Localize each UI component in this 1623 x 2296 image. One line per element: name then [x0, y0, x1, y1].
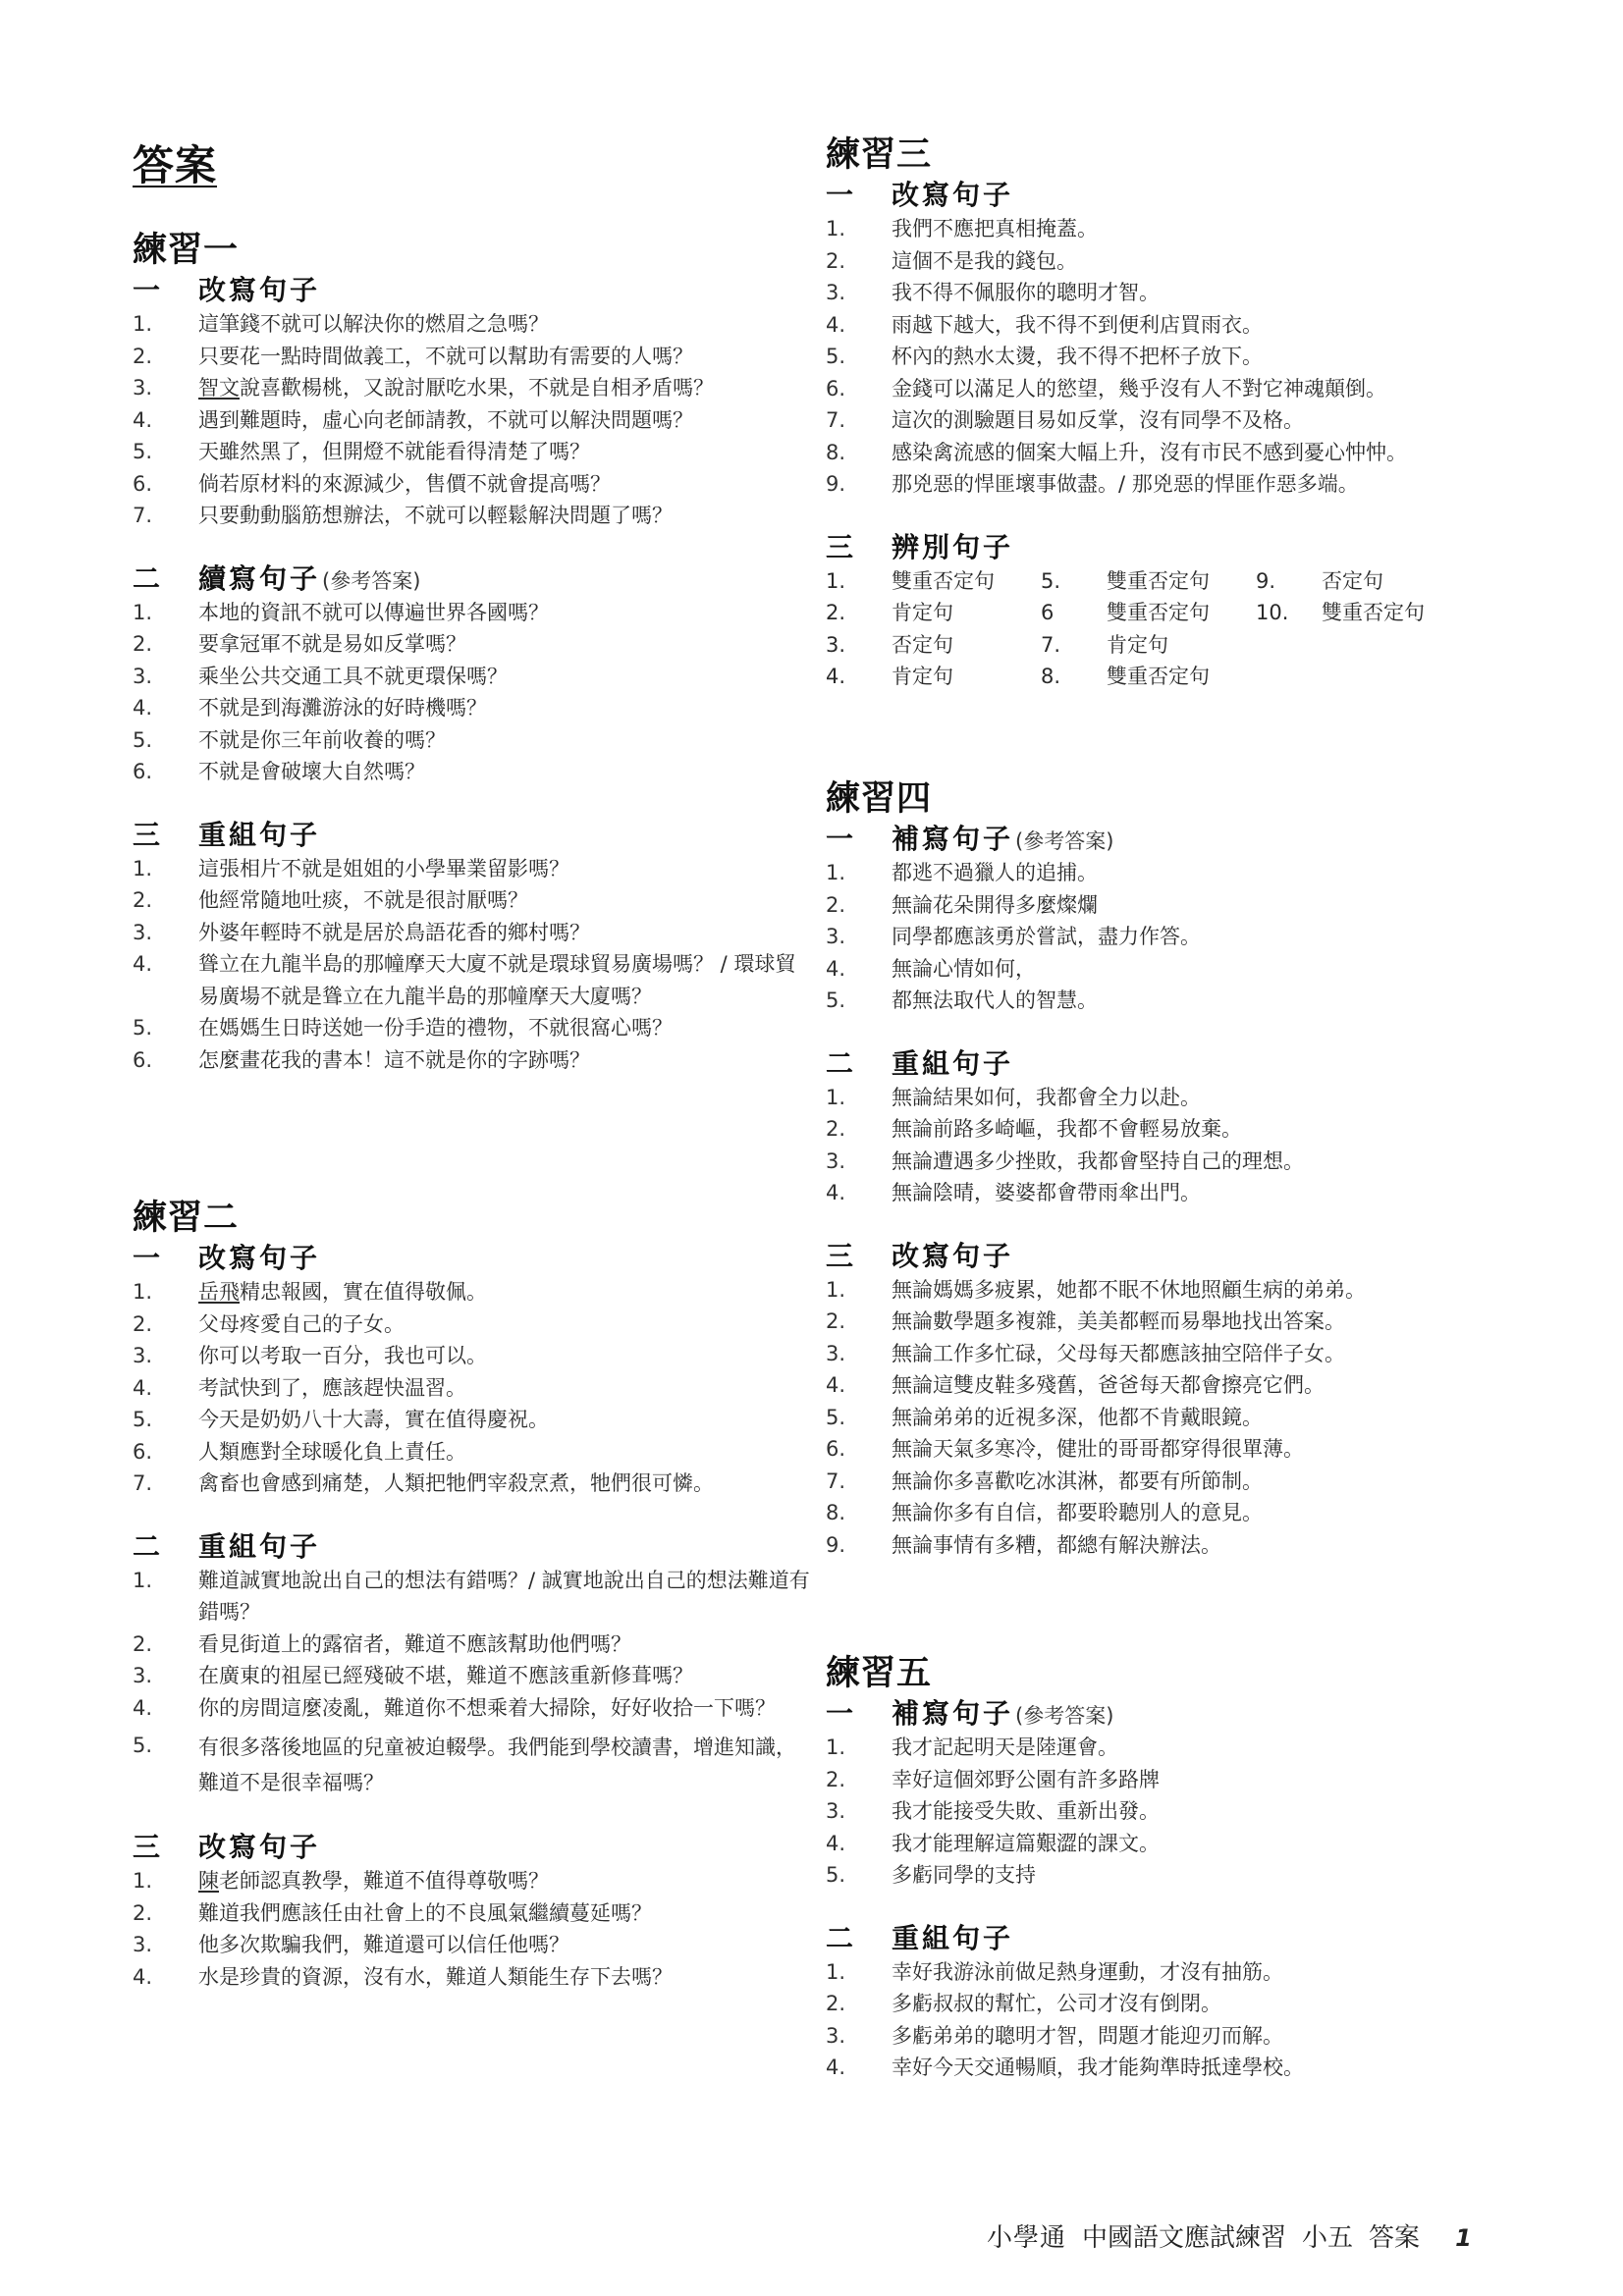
item-text: 無論結果如何，我都會全力以赴。 — [892, 1082, 1513, 1114]
section-heading: 一 改寫句子 — [133, 1241, 810, 1276]
item-number: 4. — [826, 1177, 892, 1209]
item-number: 2. — [826, 889, 892, 922]
answer-item: 3.在廣東的祖屋已經殘破不堪，難道不應該重新修葺嗎？ — [133, 1660, 810, 1692]
answer-item: 4.不就是到海灘游泳的好時機嗎？ — [133, 692, 810, 724]
answer-item: 3.多虧弟弟的聰明才智，問題才能迎刃而解。 — [826, 2020, 1513, 2053]
answer-item: 8.無論你多有自信，都要聆聽別人的意見。 — [826, 1497, 1513, 1529]
item-number: 5. — [133, 1012, 198, 1044]
item-text: 看見街道上的露宿者，難道不應該幫助他們嗎？ — [198, 1629, 810, 1661]
section-label: 改寫句子 — [198, 1241, 320, 1276]
item-text: 我才能理解這篇艱澀的課文。 — [892, 1828, 1513, 1860]
item-text: 幸好我游泳前做足熱身運動，才沒有抽筋。 — [892, 1956, 1513, 1989]
answer-list: 1.無論結果如何，我都會全力以赴。 2.無論前路多崎嶇，我都不會輕易放棄。 3.… — [826, 1082, 1513, 1209]
section-1-1: 一 改寫句子 1.這筆錢不就可以解決你的燃眉之急嗎？ 2.只要花一點時間做義工，… — [133, 273, 810, 532]
answer-item: 5.都無法取代人的智慧。 — [826, 985, 1513, 1017]
item-text: 怎麼畫花我的書本！這不就是你的字跡嗎？ — [198, 1044, 810, 1077]
section-label: 重組句子 — [198, 1529, 320, 1565]
item-text: 無論陰晴，婆婆都會帶雨傘出門。 — [892, 1177, 1513, 1209]
answer-item: 1.都逃不過獵人的追捕。 — [826, 857, 1513, 889]
section-heading: 二 重組句子 — [826, 1921, 1513, 1956]
answer-item: 2.只要花一點時間做義工，不就可以幫助有需要的人嗎？ — [133, 341, 810, 373]
section-label: 辨別句子 — [892, 530, 1013, 565]
item-text-rest: 說喜歡楊桃，又說討厭吃水果，不就是自相矛盾嗎？ — [240, 376, 714, 400]
item-number: 9. — [826, 1529, 892, 1562]
section-label: 補寫句子 — [892, 822, 1013, 857]
section-label: 答案 — [1369, 2218, 1420, 2258]
grid-answer — [1322, 629, 1479, 662]
answer-list: 1.陳老師認真教學，難道不值得尊敬嗎？ 2.難道我們應該任由社會上的不良風氣繼續… — [133, 1865, 810, 1993]
item-number: 4. — [133, 948, 198, 1012]
item-text: 難道我們應該任由社會上的不良風氣繼續蔓延嗎？ — [198, 1897, 810, 1930]
grid-answer: 雙重否定句 — [892, 565, 1041, 598]
grid-answer: 肯定句 — [892, 661, 1041, 693]
item-text: 這張相片不就是姐姐的小學畢業留影嗎？ — [198, 853, 810, 885]
item-text: 只要動動腦筋想辦法，不就可以輕鬆解決問題了嗎？ — [198, 500, 810, 532]
section-label: 重組句子 — [892, 1046, 1013, 1082]
answer-item: 2.他經常隨地吐痰，不就是很討厭嗎？ — [133, 884, 810, 917]
answer-list: 1.我才記起明天是陸運會。 2.幸好這個郊野公園有許多路牌 3.我才能接受失敗、… — [826, 1732, 1513, 1892]
item-number: 1. — [826, 1082, 892, 1114]
item-text: 這個不是我的錢包。 — [892, 245, 1513, 278]
item-text: 同學都應該勇於嘗試，盡力作答。 — [892, 921, 1513, 953]
item-number: 5. — [133, 1404, 198, 1436]
item-text: 我才記起明天是陸運會。 — [892, 1732, 1513, 1764]
grid-answer — [1322, 661, 1479, 693]
answer-item: 4.無論陰晴，婆婆都會帶雨傘出門。 — [826, 1177, 1513, 1209]
proper-noun: 智文 — [198, 376, 240, 400]
section-label: 重組句子 — [892, 1921, 1013, 1956]
item-text: 天雖然黑了，但開燈不就能看得清楚了嗎？ — [198, 436, 810, 468]
answer-item: 7.只要動動腦筋想辦法，不就可以輕鬆解決問題了嗎？ — [133, 500, 810, 532]
answer-item: 5.多虧同學的支持 — [826, 1859, 1513, 1892]
item-text: 在媽媽生日時送她一份手造的禮物，不就很窩心嗎？ — [198, 1012, 810, 1044]
answer-item: 2.要拿冠軍不就是易如反掌嗎？ — [133, 628, 810, 661]
section-3-1: 一 改寫句子 1.我們不應把真相掩蓋。 2.這個不是我的錢包。 3.我不得不佩服… — [826, 178, 1513, 501]
section-heading: 三 改寫句子 — [826, 1239, 1513, 1274]
item-number: 2. — [826, 245, 892, 278]
answer-item: 1.岳飛精忠報國，實在值得敬佩。 — [133, 1276, 810, 1308]
answer-item: 7.禽畜也會感到痛楚，人類把牠們宰殺烹煮，牠們很可憐。 — [133, 1468, 810, 1500]
item-text: 倘若原材料的來源減少，售價不就會提高嗎？ — [198, 468, 810, 501]
item-number: 3. — [133, 372, 198, 404]
item-number: 1. — [826, 857, 892, 889]
answer-list: 1.這筆錢不就可以解決你的燃眉之急嗎？ 2.只要花一點時間做義工，不就可以幫助有… — [133, 308, 810, 532]
section-number: 一 — [826, 178, 892, 213]
exercise-3: 練習三 一 改寫句子 1.我們不應把真相掩蓋。 2.這個不是我的錢包。 3.我不… — [826, 133, 1513, 693]
item-text: 多虧叔叔的幫忙，公司才沒有倒閉。 — [892, 1988, 1513, 2020]
item-text: 智文說喜歡楊桃，又說討厭吃水果，不就是自相矛盾嗎？ — [198, 372, 810, 404]
answer-item: 6.不就是會破壞大自然嗎？ — [133, 756, 810, 788]
answer-item: 2.無論前路多崎嶇，我都不會輕易放棄。 — [826, 1113, 1513, 1146]
answer-item: 4.遇到難題時，虛心向老師請教，不就可以解決問題嗎？ — [133, 404, 810, 437]
exercise-5: 練習五 一 補寫句子 (參考答案) 1.我才記起明天是陸運會。 2.幸好這個郊野… — [826, 1651, 1513, 2084]
answer-item: 1.無論媽媽多疲累，她都不眠不休地照顧生病的弟弟。 — [826, 1274, 1513, 1307]
item-number: 3. — [826, 921, 892, 953]
answer-item: 1.這張相片不就是姐姐的小學畢業留影嗎？ — [133, 853, 810, 885]
grid-number: 7. — [1041, 629, 1107, 662]
answer-list: 1.無論媽媽多疲累，她都不眠不休地照顧生病的弟弟。 2.無論數學題多複雜，美美都… — [826, 1274, 1513, 1562]
item-number: 1. — [133, 597, 198, 629]
item-number: 6. — [826, 1433, 892, 1466]
item-text: 不就是你三年前收養的嗎？ — [198, 724, 810, 757]
section-1-2: 二 續寫句子 (參考答案) 1.本地的資訊不就可以傳遍世界各國嗎？ 2.要拿冠軍… — [133, 561, 810, 788]
item-number: 3. — [826, 1338, 892, 1370]
item-number: 1. — [826, 1274, 892, 1307]
item-number: 4. — [133, 1372, 198, 1405]
item-text: 你可以考取一百分，我也可以。 — [198, 1340, 810, 1372]
page-title: 答案 — [133, 133, 217, 192]
exercise-title: 練習四 — [826, 776, 1513, 822]
item-text: 無論你多喜歡吃冰淇淋，都要有所節制。 — [892, 1466, 1513, 1498]
item-number: 3. — [826, 1146, 892, 1178]
answer-item: 4.無論心情如何， — [826, 953, 1513, 986]
answer-item: 4.考試快到了，應該趕快温習。 — [133, 1372, 810, 1405]
item-text: 這次的測驗題目易如反掌，沒有同學不及格。 — [892, 404, 1513, 437]
section-number: 二 — [826, 1921, 892, 1956]
answer-item: 3.外婆年輕時不就是居於鳥語花香的鄉村嗎？ — [133, 917, 810, 949]
section-heading: 一 改寫句子 — [133, 273, 810, 308]
answer-list: 1.本地的資訊不就可以傳遍世界各國嗎？ 2.要拿冠軍不就是易如反掌嗎？ 3.乘坐… — [133, 597, 810, 788]
brand-logo: 小學通 — [987, 2218, 1066, 2258]
item-number: 5. — [826, 985, 892, 1017]
answer-item: 7.這次的測驗題目易如反掌，沒有同學不及格。 — [826, 404, 1513, 437]
item-text: 本地的資訊不就可以傳遍世界各國嗎？ — [198, 597, 810, 629]
answer-item: 4.你的房間這麼凌亂，難道你不想乘着大掃除，好好收拾一下嗎？ — [133, 1692, 810, 1725]
item-number: 4. — [133, 404, 198, 437]
grid-answer: 雙重否定句 — [1322, 597, 1479, 629]
grid-answer: 肯定句 — [892, 597, 1041, 629]
item-text: 陳老師認真教學，難道不值得尊敬嗎？ — [198, 1865, 810, 1897]
section-label: 改寫句子 — [892, 178, 1013, 213]
section-number: 一 — [826, 1696, 892, 1732]
section-heading: 一 改寫句子 — [826, 178, 1513, 213]
item-text: 無論遭遇多少挫敗，我都會堅持自己的理想。 — [892, 1146, 1513, 1178]
item-number: 3. — [133, 661, 198, 693]
item-number: 1. — [826, 213, 892, 245]
item-text: 多虧弟弟的聰明才智，問題才能迎刃而解。 — [892, 2020, 1513, 2053]
item-number: 1. — [133, 853, 198, 885]
answer-item: 6.怎麼畫花我的書本！這不就是你的字跡嗎？ — [133, 1044, 810, 1077]
item-text: 水是珍貴的資源，沒有水，難道人類能生存下去嗎？ — [198, 1961, 810, 1994]
item-text: 乘坐公共交通工具不就更環保嗎？ — [198, 661, 810, 693]
section-label: 改寫句子 — [198, 273, 320, 308]
answer-item: 1.陳老師認真教學，難道不值得尊敬嗎？ — [133, 1865, 810, 1897]
section-heading: 二 重組句子 — [826, 1046, 1513, 1082]
section-2-3: 三 改寫句子 1.陳老師認真教學，難道不值得尊敬嗎？ 2.難道我們應該任由社會上… — [133, 1830, 810, 1993]
grid-answer: 雙重否定句 — [1107, 565, 1256, 598]
answer-item: 3.我才能接受失敗、重新出發。 — [826, 1795, 1513, 1828]
item-text: 今天是奶奶八十大壽，實在值得慶祝。 — [198, 1404, 810, 1436]
section-number: 三 — [826, 1239, 892, 1274]
section-label: 改寫句子 — [892, 1239, 1013, 1274]
answer-item: 4.水是珍貴的資源，沒有水，難道人類能生存下去嗎？ — [133, 1961, 810, 1994]
answer-item: 4.雨越下越大，我不得不到便利店買雨衣。 — [826, 309, 1513, 342]
item-text: 在廣東的祖屋已經殘破不堪，難道不應該重新修葺嗎？ — [198, 1660, 810, 1692]
section-note: (參考答案) — [1015, 1698, 1113, 1734]
answer-item: 2.這個不是我的錢包。 — [826, 245, 1513, 278]
exercise-title: 練習三 — [826, 133, 1513, 178]
grid-number: 4. — [826, 661, 892, 693]
answer-item: 5.無論弟弟的近視多深，他都不肯戴眼鏡。 — [826, 1402, 1513, 1434]
section-label: 重組句子 — [198, 818, 320, 853]
book-title: 中國語文應試練習 — [1082, 2218, 1286, 2258]
answer-item: 5.在媽媽生日時送她一份手造的禮物，不就很窩心嗎？ — [133, 1012, 810, 1044]
grid-number: 3. — [826, 629, 892, 662]
section-number: 三 — [826, 530, 892, 565]
section-number: 二 — [133, 1529, 198, 1565]
item-number: 5. — [826, 1859, 892, 1892]
section-number: 一 — [133, 273, 198, 308]
answer-item: 2.幸好這個郊野公園有許多路牌 — [826, 1764, 1513, 1796]
answer-item: 1.幸好我游泳前做足熱身運動，才沒有抽筋。 — [826, 1956, 1513, 1989]
item-number: 3. — [133, 917, 198, 949]
item-text: 難道誠實地說出自己的想法有錯嗎？/ 誠實地說出自己的想法難道有錯嗎？ — [198, 1565, 810, 1629]
answer-item: 3.無論工作多忙碌，父母每天都應該抽空陪伴子女。 — [826, 1338, 1513, 1370]
item-number: 5. — [133, 724, 198, 757]
item-text: 雨越下越大，我不得不到便利店買雨衣。 — [892, 309, 1513, 342]
answer-item: 3.同學都應該勇於嘗試，盡力作答。 — [826, 921, 1513, 953]
item-number: 1. — [133, 1276, 198, 1308]
item-text: 外婆年輕時不就是居於鳥語花香的鄉村嗎？ — [198, 917, 810, 949]
grid-answer: 雙重否定句 — [1107, 597, 1256, 629]
item-number: 4. — [133, 692, 198, 724]
item-text: 無論天氣多寒冷，健壯的哥哥都穿得很單薄。 — [892, 1433, 1513, 1466]
item-number: 2. — [826, 1988, 892, 2020]
answer-item: 5.杯內的熱水太燙，我不得不把杯子放下。 — [826, 341, 1513, 373]
item-number: 5. — [826, 341, 892, 373]
item-number: 4. — [826, 2052, 892, 2084]
item-text: 多虧同學的支持 — [892, 1859, 1513, 1892]
item-number: 4. — [133, 1961, 198, 1994]
item-text: 考試快到了，應該趕快温習。 — [198, 1372, 810, 1405]
item-number: 7. — [133, 1468, 198, 1500]
item-text: 金錢可以滿足人的慾望，幾乎沒有人不對它神魂顛倒。 — [892, 373, 1513, 405]
answer-item: 5.有很多落後地區的兒童被迫輟學。我們能到學校讀書，增進知識，難道不是很幸福嗎？ — [133, 1730, 810, 1800]
grid-answer: 雙重否定句 — [1107, 661, 1256, 693]
exercise-2: 練習二 一 改寫句子 1.岳飛精忠報國，實在值得敬佩。 2.父母疼愛自己的子女。… — [133, 1196, 810, 1993]
item-number: 2. — [133, 884, 198, 917]
item-text: 無論事情有多糟，都總有解決辦法。 — [892, 1529, 1513, 1562]
item-number: 1. — [826, 1732, 892, 1764]
section-label: 改寫句子 — [198, 1830, 320, 1865]
exercise-4: 練習四 一 補寫句子 (參考答案) 1.都逃不過獵人的追捕。 2.無論花朵開得多… — [826, 776, 1513, 1561]
item-number: 4. — [133, 1692, 198, 1725]
answer-item: 2.無論花朵開得多麼燦爛 — [826, 889, 1513, 922]
answer-list: 1.我們不應把真相掩蓋。 2.這個不是我的錢包。 3.我不得不佩服你的聰明才智。… — [826, 213, 1513, 501]
answer-item: 1.難道誠實地說出自己的想法有錯嗎？/ 誠實地說出自己的想法難道有錯嗎？ — [133, 1565, 810, 1629]
item-number: 1. — [133, 1865, 198, 1897]
item-number: 2. — [826, 1764, 892, 1796]
item-text: 我才能接受失敗、重新出發。 — [892, 1795, 1513, 1828]
answer-item: 3.他多次欺騙我們，難道還可以信任他嗎？ — [133, 1929, 810, 1961]
item-text: 父母疼愛自己的子女。 — [198, 1308, 810, 1341]
grid-answer: 否定句 — [1322, 565, 1479, 598]
item-number: 4. — [826, 1369, 892, 1402]
item-number: 7. — [826, 1466, 892, 1498]
answer-item: 5.今天是奶奶八十大壽，實在值得慶祝。 — [133, 1404, 810, 1436]
section-heading: 二 重組句子 — [133, 1529, 810, 1565]
item-text: 無論弟弟的近視多深，他都不肯戴眼鏡。 — [892, 1402, 1513, 1434]
item-number: 4. — [826, 1828, 892, 1860]
answer-item: 5.不就是你三年前收養的嗎？ — [133, 724, 810, 757]
item-number: 2. — [826, 1113, 892, 1146]
item-text: 無論媽媽多疲累，她都不眠不休地照顧生病的弟弟。 — [892, 1274, 1513, 1307]
exercise-1: 練習一 一 改寫句子 1.這筆錢不就可以解決你的燃眉之急嗎？ 2.只要花一點時間… — [133, 228, 810, 1076]
item-text: 要拿冠軍不就是易如反掌嗎？ — [198, 628, 810, 661]
item-text: 杯內的熱水太燙，我不得不把杯子放下。 — [892, 341, 1513, 373]
grid-number: 5. — [1041, 565, 1107, 598]
section-5-2: 二 重組句子 1.幸好我游泳前做足熱身運動，才沒有抽筋。 2.多虧叔叔的幫忙，公… — [826, 1921, 1513, 2084]
item-number: 2. — [133, 1629, 198, 1661]
item-number: 2. — [826, 1306, 892, 1338]
grade-label: 小五 — [1302, 2218, 1353, 2258]
item-number: 7. — [133, 500, 198, 532]
grid-number: 2. — [826, 597, 892, 629]
item-text: 聳立在九龍半島的那幢摩天大廈不就是環球貿易廣場嗎？ / 環球貿易廣場不就是聳立在… — [198, 948, 810, 1012]
item-number: 2. — [133, 628, 198, 661]
item-number: 7. — [826, 404, 892, 437]
item-text: 無論心情如何， — [892, 953, 1513, 986]
section-heading: 三 辨別句子 — [826, 530, 1513, 565]
page-footer: 小學通 中國語文應試練習 小五 答案 1 — [987, 2218, 1472, 2258]
item-text: 禽畜也會感到痛楚，人類把牠們宰殺烹煮，牠們很可憐。 — [198, 1468, 810, 1500]
grid-number: 8. — [1041, 661, 1107, 693]
item-text: 人類應對全球暖化負上責任。 — [198, 1436, 810, 1468]
section-1-3: 三 重組句子 1.這張相片不就是姐姐的小學畢業留影嗎？ 2.他經常隨地吐痰，不就… — [133, 818, 810, 1077]
item-number: 3. — [826, 2020, 892, 2053]
item-text: 不就是到海灘游泳的好時機嗎？ — [198, 692, 810, 724]
item-number: 1. — [133, 1565, 198, 1629]
item-text-rest: 精忠報國，實在值得敬佩。 — [240, 1280, 487, 1304]
answer-item: 1.這筆錢不就可以解決你的燃眉之急嗎？ — [133, 308, 810, 341]
section-3-3: 三 辨別句子 1.雙重否定句 5.雙重否定句 9.否定句 2.肯定句 6雙重否定… — [826, 530, 1513, 693]
item-text: 都逃不過獵人的追捕。 — [892, 857, 1513, 889]
section-label: 補寫句子 — [892, 1696, 1013, 1732]
item-number: 6. — [133, 756, 198, 788]
answer-item: 7.無論你多喜歡吃冰淇淋，都要有所節制。 — [826, 1466, 1513, 1498]
item-text: 他多次欺騙我們，難道還可以信任他嗎？ — [198, 1929, 810, 1961]
grid-number — [1256, 661, 1322, 693]
section-4-2: 二 重組句子 1.無論結果如何，我都會全力以赴。 2.無論前路多崎嶇，我都不會輕… — [826, 1046, 1513, 1209]
item-number: 2. — [133, 1897, 198, 1930]
item-text: 無論這雙皮鞋多殘舊，爸爸每天都會擦亮它們。 — [892, 1369, 1513, 1402]
item-text: 無論花朵開得多麼燦爛 — [892, 889, 1513, 922]
item-number: 3. — [826, 1795, 892, 1828]
item-text: 他經常隨地吐痰，不就是很討厭嗎？ — [198, 884, 810, 917]
section-2-1: 一 改寫句子 1.岳飛精忠報國，實在值得敬佩。 2.父母疼愛自己的子女。 3.你… — [133, 1241, 810, 1500]
item-number: 6. — [826, 373, 892, 405]
grid-answer: 否定句 — [892, 629, 1041, 662]
section-heading: 一 補寫句子 (參考答案) — [826, 1696, 1513, 1732]
answer-item: 6.人類應對全球暖化負上責任。 — [133, 1436, 810, 1468]
answer-item: 9.那兇惡的悍匪壞事做盡。/ 那兇惡的悍匪作惡多端。 — [826, 468, 1513, 501]
section-heading: 三 改寫句子 — [133, 1830, 810, 1865]
answer-item: 3.智文說喜歡楊桃，又說討厭吃水果，不就是自相矛盾嗎？ — [133, 372, 810, 404]
grid-number: 1. — [826, 565, 892, 598]
grid-number: 9. — [1256, 565, 1322, 598]
item-text: 無論你多有自信，都要聆聽別人的意見。 — [892, 1497, 1513, 1529]
item-number: 8. — [826, 1497, 892, 1529]
item-number: 3. — [133, 1340, 198, 1372]
answer-item: 6.無論天氣多寒冷，健壯的哥哥都穿得很單薄。 — [826, 1433, 1513, 1466]
section-label: 續寫句子 — [198, 561, 320, 597]
section-number: 一 — [826, 822, 892, 857]
item-number: 1. — [133, 308, 198, 341]
item-number: 8. — [826, 437, 892, 469]
item-text-rest: 老師認真教學，難道不值得尊敬嗎？ — [219, 1869, 549, 1893]
answer-item: 2.多虧叔叔的幫忙，公司才沒有倒閉。 — [826, 1988, 1513, 2020]
section-4-3: 三 改寫句子 1.無論媽媽多疲累，她都不眠不休地照顧生病的弟弟。 2.無論數學題… — [826, 1239, 1513, 1562]
answer-item: 3.我不得不佩服你的聰明才智。 — [826, 277, 1513, 309]
answer-list: 1.岳飛精忠報國，實在值得敬佩。 2.父母疼愛自己的子女。 3.你可以考取一百分… — [133, 1276, 810, 1500]
item-text: 都無法取代人的智慧。 — [892, 985, 1513, 1017]
answer-item: 1.無論結果如何，我都會全力以赴。 — [826, 1082, 1513, 1114]
exercise-title: 練習二 — [133, 1196, 810, 1241]
item-text: 幸好這個郊野公園有許多路牌 — [892, 1764, 1513, 1796]
answer-item: 2.難道我們應該任由社會上的不良風氣繼續蔓延嗎？ — [133, 1897, 810, 1930]
item-text: 那兇惡的悍匪壞事做盡。/ 那兇惡的悍匪作惡多端。 — [892, 468, 1513, 501]
answer-item: 6.倘若原材料的來源減少，售價不就會提高嗎？ — [133, 468, 810, 501]
section-number: 二 — [826, 1046, 892, 1082]
item-number: 6. — [133, 468, 198, 501]
section-number: 一 — [133, 1241, 198, 1276]
answer-item: 1.我才記起明天是陸運會。 — [826, 1732, 1513, 1764]
answer-item: 3.乘坐公共交通工具不就更環保嗎？ — [133, 661, 810, 693]
answer-item: 3.你可以考取一百分，我也可以。 — [133, 1340, 810, 1372]
item-text: 遇到難題時，虛心向老師請教，不就可以解決問題嗎？ — [198, 404, 810, 437]
section-note: (參考答案) — [322, 563, 420, 599]
item-text: 無論前路多崎嶇，我都不會輕易放棄。 — [892, 1113, 1513, 1146]
item-number: 3. — [133, 1929, 198, 1961]
section-number: 二 — [133, 561, 198, 597]
proper-noun: 陳 — [198, 1869, 219, 1893]
section-5-1: 一 補寫句子 (參考答案) 1.我才記起明天是陸運會。 2.幸好這個郊野公園有許… — [826, 1696, 1513, 1892]
item-text: 有很多落後地區的兒童被迫輟學。我們能到學校讀書，增進知識，難道不是很幸福嗎？ — [198, 1730, 810, 1800]
item-number: 4. — [826, 953, 892, 986]
answer-item: 3.無論遭遇多少挫敗，我都會堅持自己的理想。 — [826, 1146, 1513, 1178]
item-text: 不就是會破壞大自然嗎？ — [198, 756, 810, 788]
answer-item: 5.天雖然黑了，但開燈不就能看得清楚了嗎？ — [133, 436, 810, 468]
section-2-2: 二 重組句子 1.難道誠實地說出自己的想法有錯嗎？/ 誠實地說出自己的想法難道有… — [133, 1529, 810, 1801]
section-heading: 三 重組句子 — [133, 818, 810, 853]
answer-item: 2.看見街道上的露宿者，難道不應該幫助他們嗎？ — [133, 1629, 810, 1661]
item-text: 感染禽流感的個案大幅上升，沒有市民不感到憂心忡忡。 — [892, 437, 1513, 469]
sentence-type-grid: 1.雙重否定句 5.雙重否定句 9.否定句 2.肯定句 6雙重否定句 10.雙重… — [826, 565, 1513, 693]
answer-item: 4.無論這雙皮鞋多殘舊，爸爸每天都會擦亮它們。 — [826, 1369, 1513, 1402]
answer-item: 6.金錢可以滿足人的慾望，幾乎沒有人不對它神魂顛倒。 — [826, 373, 1513, 405]
answer-item: 1.本地的資訊不就可以傳遍世界各國嗎？ — [133, 597, 810, 629]
grid-number — [1256, 629, 1322, 662]
item-number: 5. — [133, 436, 198, 468]
answer-item: 4.聳立在九龍半島的那幢摩天大廈不就是環球貿易廣場嗎？ / 環球貿易廣場不就是聳… — [133, 948, 810, 1012]
item-text: 岳飛精忠報國，實在值得敬佩。 — [198, 1276, 810, 1308]
exercise-title: 練習一 — [133, 228, 810, 273]
item-text: 幸好今天交通暢順，我才能夠準時抵達學校。 — [892, 2052, 1513, 2084]
grid-answer: 肯定句 — [1107, 629, 1256, 662]
item-text: 你的房間這麼凌亂，難道你不想乘着大掃除，好好收拾一下嗎？ — [198, 1692, 810, 1725]
answer-item: 2.無論數學題多複雜，美美都輕而易舉地找出答案。 — [826, 1306, 1513, 1338]
item-text: 我們不應把真相掩蓋。 — [892, 213, 1513, 245]
item-text: 無論工作多忙碌，父母每天都應該抽空陪伴子女。 — [892, 1338, 1513, 1370]
item-number: 6. — [133, 1044, 198, 1077]
answer-item: 4.我才能理解這篇艱澀的課文。 — [826, 1828, 1513, 1860]
grid-number: 6 — [1041, 597, 1107, 629]
answer-item: 9.無論事情有多糟，都總有解決辦法。 — [826, 1529, 1513, 1562]
item-number: 3. — [826, 277, 892, 309]
answer-list: 1.都逃不過獵人的追捕。 2.無論花朵開得多麼燦爛 3.同學都應該勇於嘗試，盡力… — [826, 857, 1513, 1017]
item-text: 只要花一點時間做義工，不就可以幫助有需要的人嗎？ — [198, 341, 810, 373]
item-number: 3. — [133, 1660, 198, 1692]
